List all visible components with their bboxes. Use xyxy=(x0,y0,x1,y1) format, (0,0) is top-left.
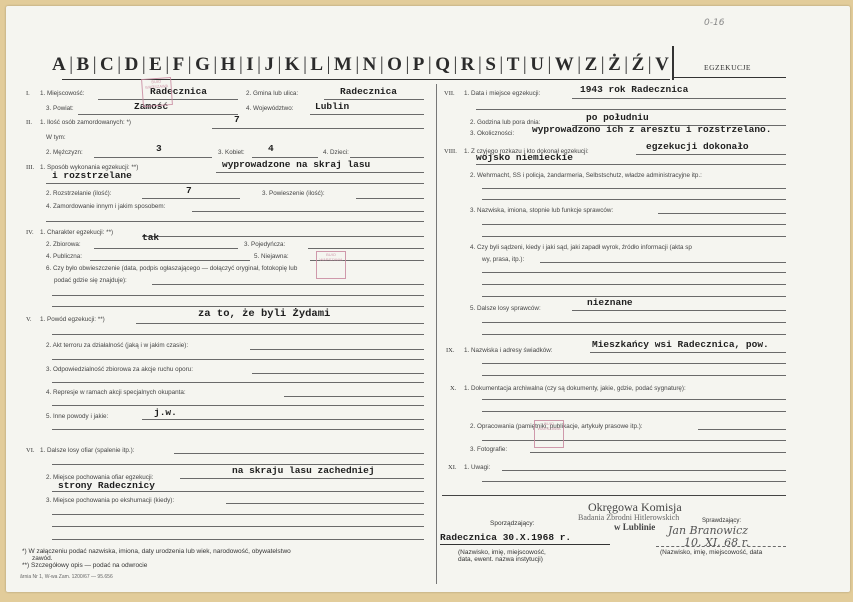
archive-stamp: BUIO WARSZAWA xyxy=(534,420,564,448)
value-miejsce-pochowania-cont: strony Radecznicy xyxy=(58,480,155,491)
field-line xyxy=(442,495,786,496)
label-represje: 4. Represje w ramach akcji specjalnych o… xyxy=(46,389,186,396)
alphabet-separator: | xyxy=(478,54,482,75)
field-line xyxy=(440,544,610,545)
alphabet-letter: U xyxy=(530,54,544,75)
alphabet-letter: J xyxy=(264,54,274,75)
label-w-tym: W tym: xyxy=(46,134,66,141)
field-line xyxy=(482,399,786,400)
field-line xyxy=(142,198,240,199)
field-line xyxy=(52,405,424,406)
label-dalsze-losy-ofiar: 1. Dalsze losy ofiar (spalenie itp.): xyxy=(40,447,135,454)
field-line xyxy=(46,183,424,184)
alphabet-separator: | xyxy=(648,54,652,75)
alphabet-letter: P xyxy=(413,54,425,75)
label-sporzadzajacy: Sporządzający: xyxy=(490,520,534,527)
alphabet-letter: S xyxy=(485,54,496,75)
label-odpowiedzialnosc: 3. Odpowiedzialność zbiorowa za akcje ru… xyxy=(46,366,193,373)
field-line xyxy=(658,213,786,214)
footnote-1-cont: zawód. xyxy=(32,555,53,562)
field-line xyxy=(482,188,786,189)
label-dalsze-losy-sprawcow: 5. Dalsze losy sprawców: xyxy=(470,305,541,312)
alphabet-letter: Ź xyxy=(632,54,645,75)
alphabet-letter: I xyxy=(246,54,254,75)
value-sposob-cont: i rozstrzelane xyxy=(52,170,132,181)
field-line xyxy=(212,128,424,129)
roman-numeral: VII. xyxy=(444,90,455,97)
field-line xyxy=(192,211,424,212)
field-line xyxy=(482,411,786,412)
roman-numeral: X. xyxy=(450,385,456,392)
field-line xyxy=(636,154,786,155)
archive-stamp: BUIO WARSZAWA xyxy=(316,251,346,279)
label-ilosc-osob: 1. Ilość osób zamordowanych: *) xyxy=(40,119,131,126)
field-line xyxy=(698,429,786,430)
field-line xyxy=(482,296,786,297)
alphabet-letter: M xyxy=(334,54,352,75)
label-niejawna: 5. Niejawna: xyxy=(254,253,289,260)
field-line xyxy=(252,157,318,158)
field-line xyxy=(52,382,424,383)
alphabet-separator: | xyxy=(405,54,409,75)
label-wehrmacht: 2. Wehrmacht, SS i policja, żandarmeria,… xyxy=(470,172,702,179)
alphabet-index: A|B|C|D|E|F|G|H|I|J|K|L|M|N|O|P|Q|R|S|T|… xyxy=(52,54,669,76)
roman-numeral: III. xyxy=(26,164,34,171)
commission-stamp-line3: w Lublinie xyxy=(614,522,655,532)
value-zbiorowa: tak xyxy=(142,232,159,243)
field-line xyxy=(482,334,786,335)
field-line xyxy=(482,272,786,273)
field-line xyxy=(152,284,424,285)
label-zbiorowa: 2. Zbiorowa: xyxy=(46,241,81,248)
footnote-2: **) Szczegółowy opis — podać na odwrocie xyxy=(22,562,147,569)
roman-numeral: II. xyxy=(26,119,32,126)
field-line xyxy=(52,539,424,540)
roman-numeral: IV. xyxy=(26,229,34,236)
alphabet-separator: | xyxy=(453,54,457,75)
label-powiat: 3. Powiat: xyxy=(46,105,74,112)
alphabet-letter: L xyxy=(310,54,323,75)
field-line xyxy=(482,322,786,323)
value-mezczyzn: 3 xyxy=(156,143,162,154)
field-line xyxy=(136,323,424,324)
label-okolicznosci: 3. Okoliczności: xyxy=(470,130,514,137)
alphabet-letter: G xyxy=(195,54,210,75)
alphabet-separator: | xyxy=(601,54,605,75)
label-fotografie: 3. Fotografie: xyxy=(470,446,507,453)
field-line xyxy=(482,440,786,441)
field-line xyxy=(90,260,250,261)
field-line xyxy=(502,470,786,471)
roman-numeral: VIII. xyxy=(444,148,457,155)
roman-numeral: VI. xyxy=(26,447,34,454)
label-charakter: 1. Charakter egzekucji: **) xyxy=(40,229,113,236)
alphabet-separator: | xyxy=(117,54,121,75)
label-czy-sadzeni: 4. Czy byli sądzeni, kiedy i jaki sąd, j… xyxy=(470,244,692,251)
alphabet-separator: | xyxy=(547,54,551,75)
field-line xyxy=(46,221,424,222)
alphabet-letter: V xyxy=(655,54,669,75)
label-data-miejsce: 1. Data i miejsce egzekucji: xyxy=(464,90,540,97)
alphabet-separator: | xyxy=(93,54,97,75)
handwritten-number: 0-16 xyxy=(704,18,724,28)
caption-sporzadzajacy-2: data, ewent. nazwa instytucji) xyxy=(458,556,543,563)
value-gmina: Radecznica xyxy=(340,86,397,97)
value-powod: za to, że byli Żydami xyxy=(198,308,330,320)
value-kobiet: 4 xyxy=(268,143,274,154)
printer-imprint: ărnia Nr 1, W-wa Zam. 1200/67 — 95.656 xyxy=(20,574,113,580)
alphabet-letter: E xyxy=(149,54,162,75)
field-line xyxy=(52,295,424,296)
alphabet-letter: W xyxy=(555,54,575,75)
label-czy-sadzeni-cont: wy, prasa, itp.): xyxy=(482,256,524,263)
alphabet-separator: | xyxy=(303,54,307,75)
field-line xyxy=(174,453,424,454)
commission-stamp-line2: Badania Zbrodni Hitlerowskich xyxy=(578,513,679,522)
field-line xyxy=(590,352,786,353)
label-akt-terroru: 2. Akt terroru za działalność (jaką i w … xyxy=(46,342,188,349)
label-wojewodztwo: 4. Województwo: xyxy=(246,105,293,112)
alphabet-separator: | xyxy=(327,54,331,75)
title-underline xyxy=(672,77,786,78)
label-rozstrzelanie: 2. Rozstrzelanie (ilość): xyxy=(46,190,111,197)
alphabet-separator: | xyxy=(380,54,384,75)
alphabet-separator: | xyxy=(257,54,261,75)
alphabet-separator: | xyxy=(624,54,628,75)
field-line xyxy=(52,526,424,527)
form-title: EGZEKUCJE xyxy=(704,63,751,72)
field-line xyxy=(476,164,786,165)
label-publiczna: 4. Publiczna: xyxy=(46,253,82,260)
signature-date: 10. XI. 68 r. xyxy=(684,536,749,549)
alphabet-separator: | xyxy=(165,54,169,75)
roman-numeral: V. xyxy=(26,316,31,323)
field-line xyxy=(356,198,424,199)
field-line xyxy=(482,375,786,376)
label-dokumentacja: 1. Dokumentacja archiwalna (czy są dokum… xyxy=(464,385,686,392)
field-line xyxy=(310,114,424,115)
value-okolicznosci: wyprowadzono ich z aresztu i rozstrzelan… xyxy=(532,124,771,135)
field-line xyxy=(216,172,424,173)
label-powieszenie: 3. Powieszenie (ilość): xyxy=(262,190,325,197)
alphabet-separator: | xyxy=(69,54,73,75)
caption-sprawdzajacy: (Nazwisko, imię, miejscowość, data xyxy=(660,549,762,556)
label-dzieci: 4. Dzieci: xyxy=(323,149,349,156)
field-line xyxy=(308,248,424,249)
label-zamordowanie: 4. Zamordowanie innym i jakim sposobem: xyxy=(46,203,165,210)
roman-numeral: I. xyxy=(26,90,30,97)
field-line xyxy=(284,396,424,397)
field-line xyxy=(52,359,424,360)
alphabet-separator: | xyxy=(188,54,192,75)
label-kobiet: 3. Kobiet: xyxy=(218,149,245,156)
field-line xyxy=(142,236,424,237)
alphabet-letter: O xyxy=(387,54,402,75)
field-line xyxy=(572,98,786,99)
alphabet-separator: | xyxy=(428,54,432,75)
alphabet-separator: | xyxy=(277,54,281,75)
alphabet-separator: | xyxy=(239,54,243,75)
field-line xyxy=(572,310,786,311)
field-line xyxy=(350,157,424,158)
field-line xyxy=(482,363,786,364)
value-z-czyjego-rozkazu: egzekucji dokonało xyxy=(646,141,749,152)
label-nazwiska-sprawcow: 3. Nazwiska, imiona, stopnie lub funkcje… xyxy=(470,207,613,214)
field-line xyxy=(52,491,424,492)
alphabet-letter: Z xyxy=(585,54,598,75)
value-sporzadzajacy: Radecznica 30.X.1968 r. xyxy=(440,532,571,543)
field-line xyxy=(656,546,786,547)
value-dalsze-losy-sprawcow: nieznane xyxy=(587,297,633,308)
alphabet-separator: | xyxy=(142,54,146,75)
footnote-1: *) W załączeniu podać nazwiska, imiona, … xyxy=(22,548,291,555)
field-line xyxy=(52,334,424,335)
roman-numeral: IX. xyxy=(446,347,454,354)
alphabet-letter: B xyxy=(77,54,90,75)
field-line xyxy=(482,224,786,225)
field-line xyxy=(324,99,424,100)
field-line xyxy=(530,452,786,453)
value-data-miejsce: 1943 rok Radecznica xyxy=(580,84,688,95)
alphabet-letter: A xyxy=(52,54,66,75)
alphabet-letter: D xyxy=(125,54,139,75)
label-obwieszczenie-cont: podać gdzie się znajduje): xyxy=(54,277,127,284)
value-swiadkowie: Mieszkańcy wsi Radecznica, pow. xyxy=(592,339,769,350)
label-pojedyncza: 3. Pojedyńcza: xyxy=(244,241,285,248)
alphabet-separator: | xyxy=(213,54,217,75)
value-z-czyjego-rozkazu-cont: wojsko niemieckie xyxy=(476,152,573,163)
field-line xyxy=(482,481,786,482)
field-line xyxy=(540,262,786,263)
field-line xyxy=(252,373,424,374)
alphabet-separator: | xyxy=(355,54,359,75)
roman-numeral: XI. xyxy=(448,464,456,471)
label-godzina: 2. Godzina lub pora dnia: xyxy=(470,119,540,126)
alphabet-letter: Q xyxy=(435,54,450,75)
field-line xyxy=(78,114,238,115)
label-swiadkowie: 1. Nazwiska i adresy świadków: xyxy=(464,347,553,354)
field-line xyxy=(52,306,424,307)
value-miejsce-pochowania: na skraju lasu zachedniej xyxy=(232,465,375,476)
label-inne-powody: 5. Inne powody i jakie: xyxy=(46,413,108,420)
label-po-ekshumacji: 3. Miejsce pochowania po ekshumacji (kie… xyxy=(46,497,174,504)
alphabet-letter: N xyxy=(363,54,377,75)
field-line xyxy=(52,429,424,430)
document-page: 0-16 A|B|C|D|E|F|G|H|I|J|K|L|M|N|O|P|Q|R… xyxy=(6,6,850,592)
alphabet-separator: | xyxy=(523,54,527,75)
caption-sporzadzajacy-1: (Nazwisko, imię, miejscowość, xyxy=(458,549,546,556)
alphabet-letter: R xyxy=(461,54,475,75)
label-gmina: 2. Gmina lub ulica: xyxy=(246,90,298,97)
field-line xyxy=(226,503,424,504)
title-divider xyxy=(672,46,674,80)
field-line xyxy=(482,199,786,200)
field-line xyxy=(94,248,238,249)
alphabet-letter: T xyxy=(507,54,520,75)
alphabet-separator: | xyxy=(499,54,503,75)
label-obwieszczenie: 6. Czy było obwieszczenie (data, podpis … xyxy=(46,265,297,272)
value-rozstrzelanie: 7 xyxy=(186,185,192,196)
field-line xyxy=(180,478,424,479)
archive-stamp: BUIO WARSZAWA xyxy=(141,77,173,107)
field-line xyxy=(94,157,212,158)
field-line xyxy=(52,514,424,515)
field-line xyxy=(250,349,424,350)
field-line xyxy=(482,236,786,237)
field-line xyxy=(476,109,786,110)
alphabet-letter: Ż xyxy=(608,54,621,75)
value-wojewodztwo: Lublin xyxy=(315,101,349,112)
column-divider xyxy=(436,84,437,584)
alphabet-separator: | xyxy=(577,54,581,75)
value-inne-powody: j.w. xyxy=(154,407,177,418)
field-line xyxy=(482,284,786,285)
value-sposob: wyprowadzone na skraj lasu xyxy=(222,159,370,170)
label-miejscowosc: 1. Miejscowość: xyxy=(40,90,84,97)
label-mezczyzn: 2. Mężczyzn: xyxy=(46,149,83,156)
alphabet-letter: C xyxy=(100,54,114,75)
alphabet-letter: F xyxy=(173,54,185,75)
value-godzina: po południu xyxy=(586,112,649,123)
value-ilosc-osob: 7 xyxy=(234,114,240,125)
alphabet-letter: H xyxy=(221,54,236,75)
field-line xyxy=(142,419,424,420)
label-powod: 1. Powód egzekucji: **) xyxy=(40,316,105,323)
label-uwagi: 1. Uwagi: xyxy=(464,464,490,471)
alphabet-letter: K xyxy=(285,54,300,75)
